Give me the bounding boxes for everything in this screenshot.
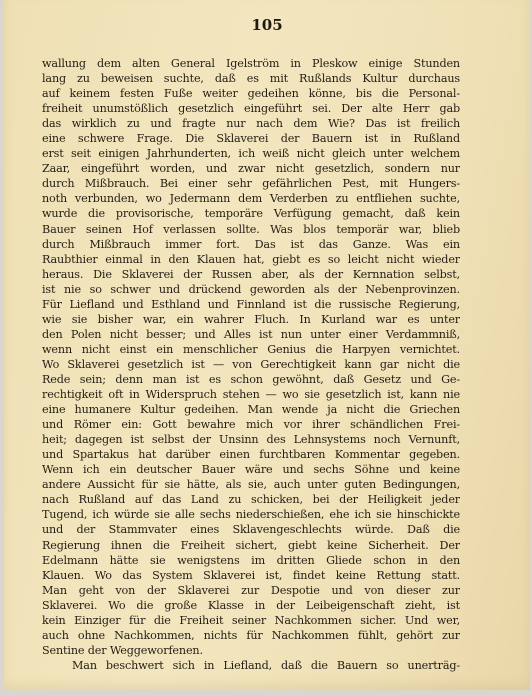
text-line: Sentine der Weggeworfenen. — [42, 643, 460, 658]
text-line: auch ohne Nachkommen, nichts für Nachkom… — [42, 628, 460, 643]
text-line: und Spartakus hat darüber einen furchtba… — [42, 447, 460, 462]
text-line: wie sie bisher war, ein wahrer Fluch. In… — [42, 312, 460, 327]
text-line: und der Stammvater eines Sklavengeschlec… — [42, 522, 460, 537]
text-line: den Polen nicht besser; und Alles ist nu… — [42, 327, 460, 342]
text-line: andere Aussicht für sie hätte, als sie, … — [42, 477, 460, 492]
text-line: Rede sein; denn man ist es schon gewöhnt… — [42, 372, 460, 387]
text-line: Man geht von der Sklaverei zur Despotie … — [42, 583, 460, 598]
body-text: wallung dem alten General Igelström in P… — [42, 56, 460, 673]
text-line: Sklaverei. Wo die große Klasse in der Le… — [42, 598, 460, 613]
text-line: Bauer seinen Hof verlassen sollte. Was b… — [42, 222, 460, 237]
text-line: noth verbunden, wo Jedermann dem Verderb… — [42, 191, 460, 206]
text-line: ist nie so schwer und drückend geworden … — [42, 282, 460, 297]
text-line: auf keinem festen Fuße weiter gedeihen k… — [42, 86, 460, 101]
text-line: und Römer ein: Gott bewahre mich vor ihr… — [42, 417, 460, 432]
text-line: Man beschwert sich in Liefland, daß die … — [42, 658, 460, 673]
text-line: wenn nicht einst ein menschlicher Genius… — [42, 342, 460, 357]
text-line: durch Mißbrauch immer fort. Das ist das … — [42, 237, 460, 252]
text-line: freiheit unumstößlich gesetzlich eingefü… — [42, 101, 460, 116]
text-line: nach Rußland auf das Land zu schicken, b… — [42, 492, 460, 507]
text-line: Wenn ich ein deutscher Bauer wäre und se… — [42, 462, 460, 477]
text-line: Zaar, eingeführt worden, und zwar nicht … — [42, 161, 460, 176]
book-page: 105 wallung dem alten General Igelström … — [4, 0, 530, 690]
text-line: Regierung ihnen die Freiheit sichert, gi… — [42, 538, 460, 553]
text-line: Für Liefland und Esthland und Finnland i… — [42, 297, 460, 312]
text-line: erst seit einigen Jahrhunderten, ich wei… — [42, 146, 460, 161]
text-line: Raubthier einmal in den Klauen hat, gieb… — [42, 252, 460, 267]
text-line: rechtigkeit oft in Widerspruch stehen — … — [42, 387, 460, 402]
text-line: heit; dagegen ist selbst der Unsinn des … — [42, 432, 460, 447]
text-line: durch Mißbrauch. Bei einer sehr gefährli… — [42, 176, 460, 191]
text-line: eine schwere Frage. Die Sklaverei der Ba… — [42, 131, 460, 146]
text-line: eine humanere Kultur gedeihen. Man wende… — [42, 402, 460, 417]
text-line: Wo Sklaverei gesetzlich ist — von Gerech… — [42, 357, 460, 372]
text-line: wurde die provisorische, temporäre Verfü… — [42, 206, 460, 221]
text-line: Edelmann hätte sie wenigstens im dritten… — [42, 553, 460, 568]
text-line: wallung dem alten General Igelström in P… — [42, 56, 460, 71]
text-line: heraus. Die Sklaverei der Russen aber, a… — [42, 267, 460, 282]
text-line: lang zu beweisen suchte, daß es mit Rußl… — [42, 71, 460, 86]
text-line: kein Einziger für die Freiheit seiner Na… — [42, 613, 460, 628]
text-line: Tugend, ich würde sie alle sechs nieders… — [42, 507, 460, 522]
page-number: 105 — [4, 16, 530, 34]
text-line: das wirklich zu und fragte nur nach dem … — [42, 116, 460, 131]
text-line: Klauen. Wo das System Sklaverei ist, fin… — [42, 568, 460, 583]
